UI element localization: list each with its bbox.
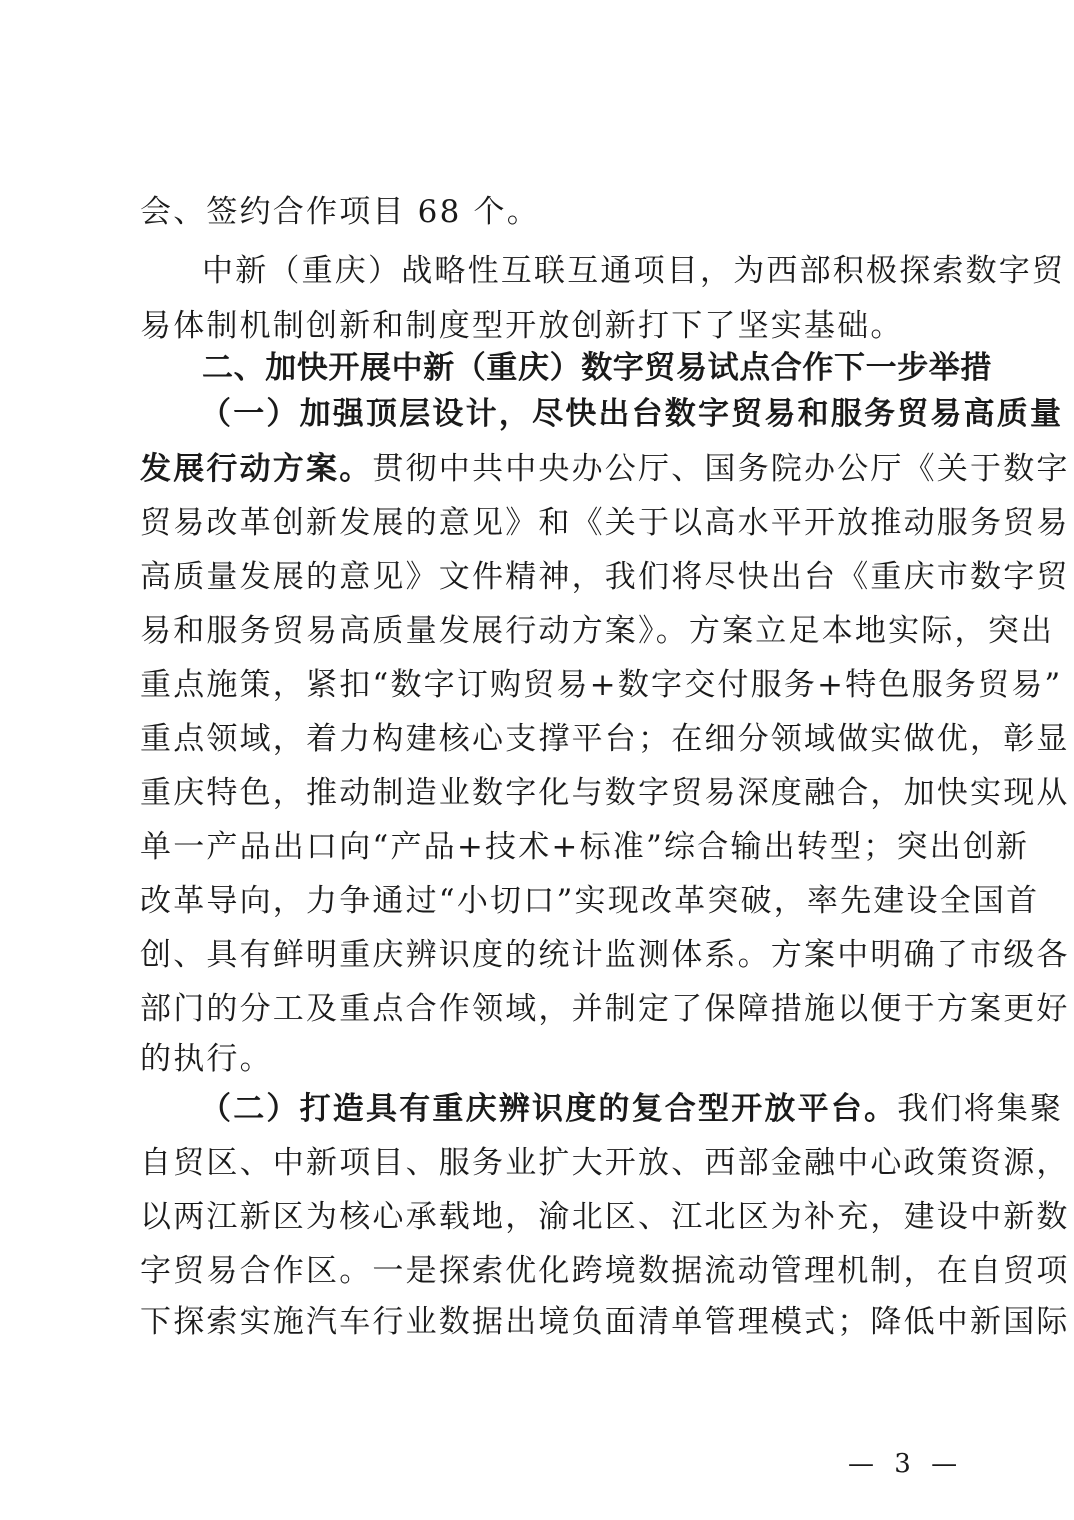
- paragraph-line: 中新（重庆）战略性互联互通项目，为西部积极探索数字贸: [202, 251, 940, 291]
- paragraph-line: 易体制机制创新和制度型开放创新打下了坚实基础。: [140, 306, 940, 346]
- page-number: — 3 —: [848, 1448, 963, 1480]
- paragraph-text: 贯彻中共中央办公厅、国务院办公厅《关于数字: [372, 451, 1069, 487]
- section-heading: 二、加快开展中新（重庆）数字贸易试点合作下一步举措: [202, 348, 940, 388]
- paragraph-line: 发展行动方案。贯彻中共中央办公厅、国务院办公厅《关于数字: [140, 449, 940, 489]
- paragraph-line: 贸易改革创新发展的意见》和《关于以高水平开放推动服务贸易: [140, 503, 940, 543]
- paragraph-line: 易和服务贸易高质量发展行动方案》。方案立足本地实际，突出: [140, 611, 940, 651]
- paragraph-line: 改革导向，力争通过“小切口”实现改革突破，率先建设全国首: [140, 881, 940, 921]
- paragraph-line: 以两江新区为核心承载地，渝北区、江北区为补充，建设中新数: [140, 1197, 940, 1237]
- paragraph-line: 的执行。: [140, 1039, 940, 1079]
- subsection-heading-1: （一）加强顶层设计，尽快出台数字贸易和服务贸易高质量: [200, 394, 940, 434]
- paragraph-line: 会、签约合作项目 68 个。: [140, 192, 940, 232]
- paragraph-line: 重庆特色，推动制造业数字化与数字贸易深度融合，加快实现从: [140, 773, 940, 813]
- paragraph-line: 创、具有鲜明重庆辨识度的统计监测体系。方案中明确了市级各: [140, 935, 940, 975]
- paragraph-line: 下探索实施汽车行业数据出境负面清单管理模式；降低中新国际: [140, 1302, 940, 1342]
- subsection-heading-1-cont: 发展行动方案。: [140, 451, 372, 487]
- paragraph-line: 部门的分工及重点合作领域，并制定了保障措施以便于方案更好: [140, 989, 940, 1029]
- paragraph-line: （二）打造具有重庆辨识度的复合型开放平台。我们将集聚: [200, 1089, 940, 1129]
- paragraph-line: 重点施策，紧扣“数字订购贸易+数字交付服务+特色服务贸易”: [140, 665, 940, 705]
- paragraph-line: 高质量发展的意见》文件精神，我们将尽快出台《重庆市数字贸: [140, 557, 940, 597]
- paragraph-line: 字贸易合作区。一是探索优化跨境数据流动管理机制，在自贸项: [140, 1251, 940, 1291]
- paragraph-text: 我们将集聚: [897, 1091, 1063, 1127]
- paragraph-line: 单一产品出口向“产品+技术+标准”综合输出转型；突出创新: [140, 827, 940, 867]
- subsection-heading-2: （二）打造具有重庆辨识度的复合型开放平台。: [200, 1091, 897, 1127]
- document-page: 会、签约合作项目 68 个。 中新（重庆）战略性互联互通项目，为西部积极探索数字…: [0, 0, 1074, 1520]
- paragraph-line: 自贸区、中新项目、服务业扩大开放、西部金融中心政策资源，: [140, 1143, 940, 1183]
- paragraph-line: 重点领域，着力构建核心支撑平台；在细分领域做实做优，彰显: [140, 719, 940, 759]
